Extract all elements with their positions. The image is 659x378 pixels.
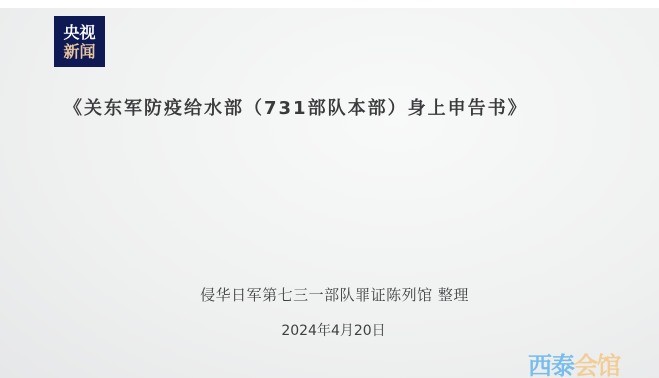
watermark-blue-text: 西泰 (528, 352, 574, 378)
watermark-orange-text: 会馆 (574, 352, 620, 378)
logo-line-2: 新闻 (63, 42, 95, 61)
document-title: 《关东军防疫给水部（731部队本部）身上申告书》 (64, 94, 624, 120)
cctv-news-logo: 央视 新闻 (54, 16, 105, 67)
document-date: 2024年4月20日 (0, 320, 659, 340)
watermark-logo: 西泰会馆 (528, 346, 620, 378)
compiling-organization: 侵华日军第七三一部队罪证陈列馆 整理 (0, 284, 659, 305)
document-page: 央视 新闻 《关东军防疫给水部（731部队本部）身上申告书》 侵华日军第七三一部… (0, 8, 659, 378)
logo-line-1: 央视 (63, 23, 95, 42)
top-border-strip (0, 0, 659, 8)
